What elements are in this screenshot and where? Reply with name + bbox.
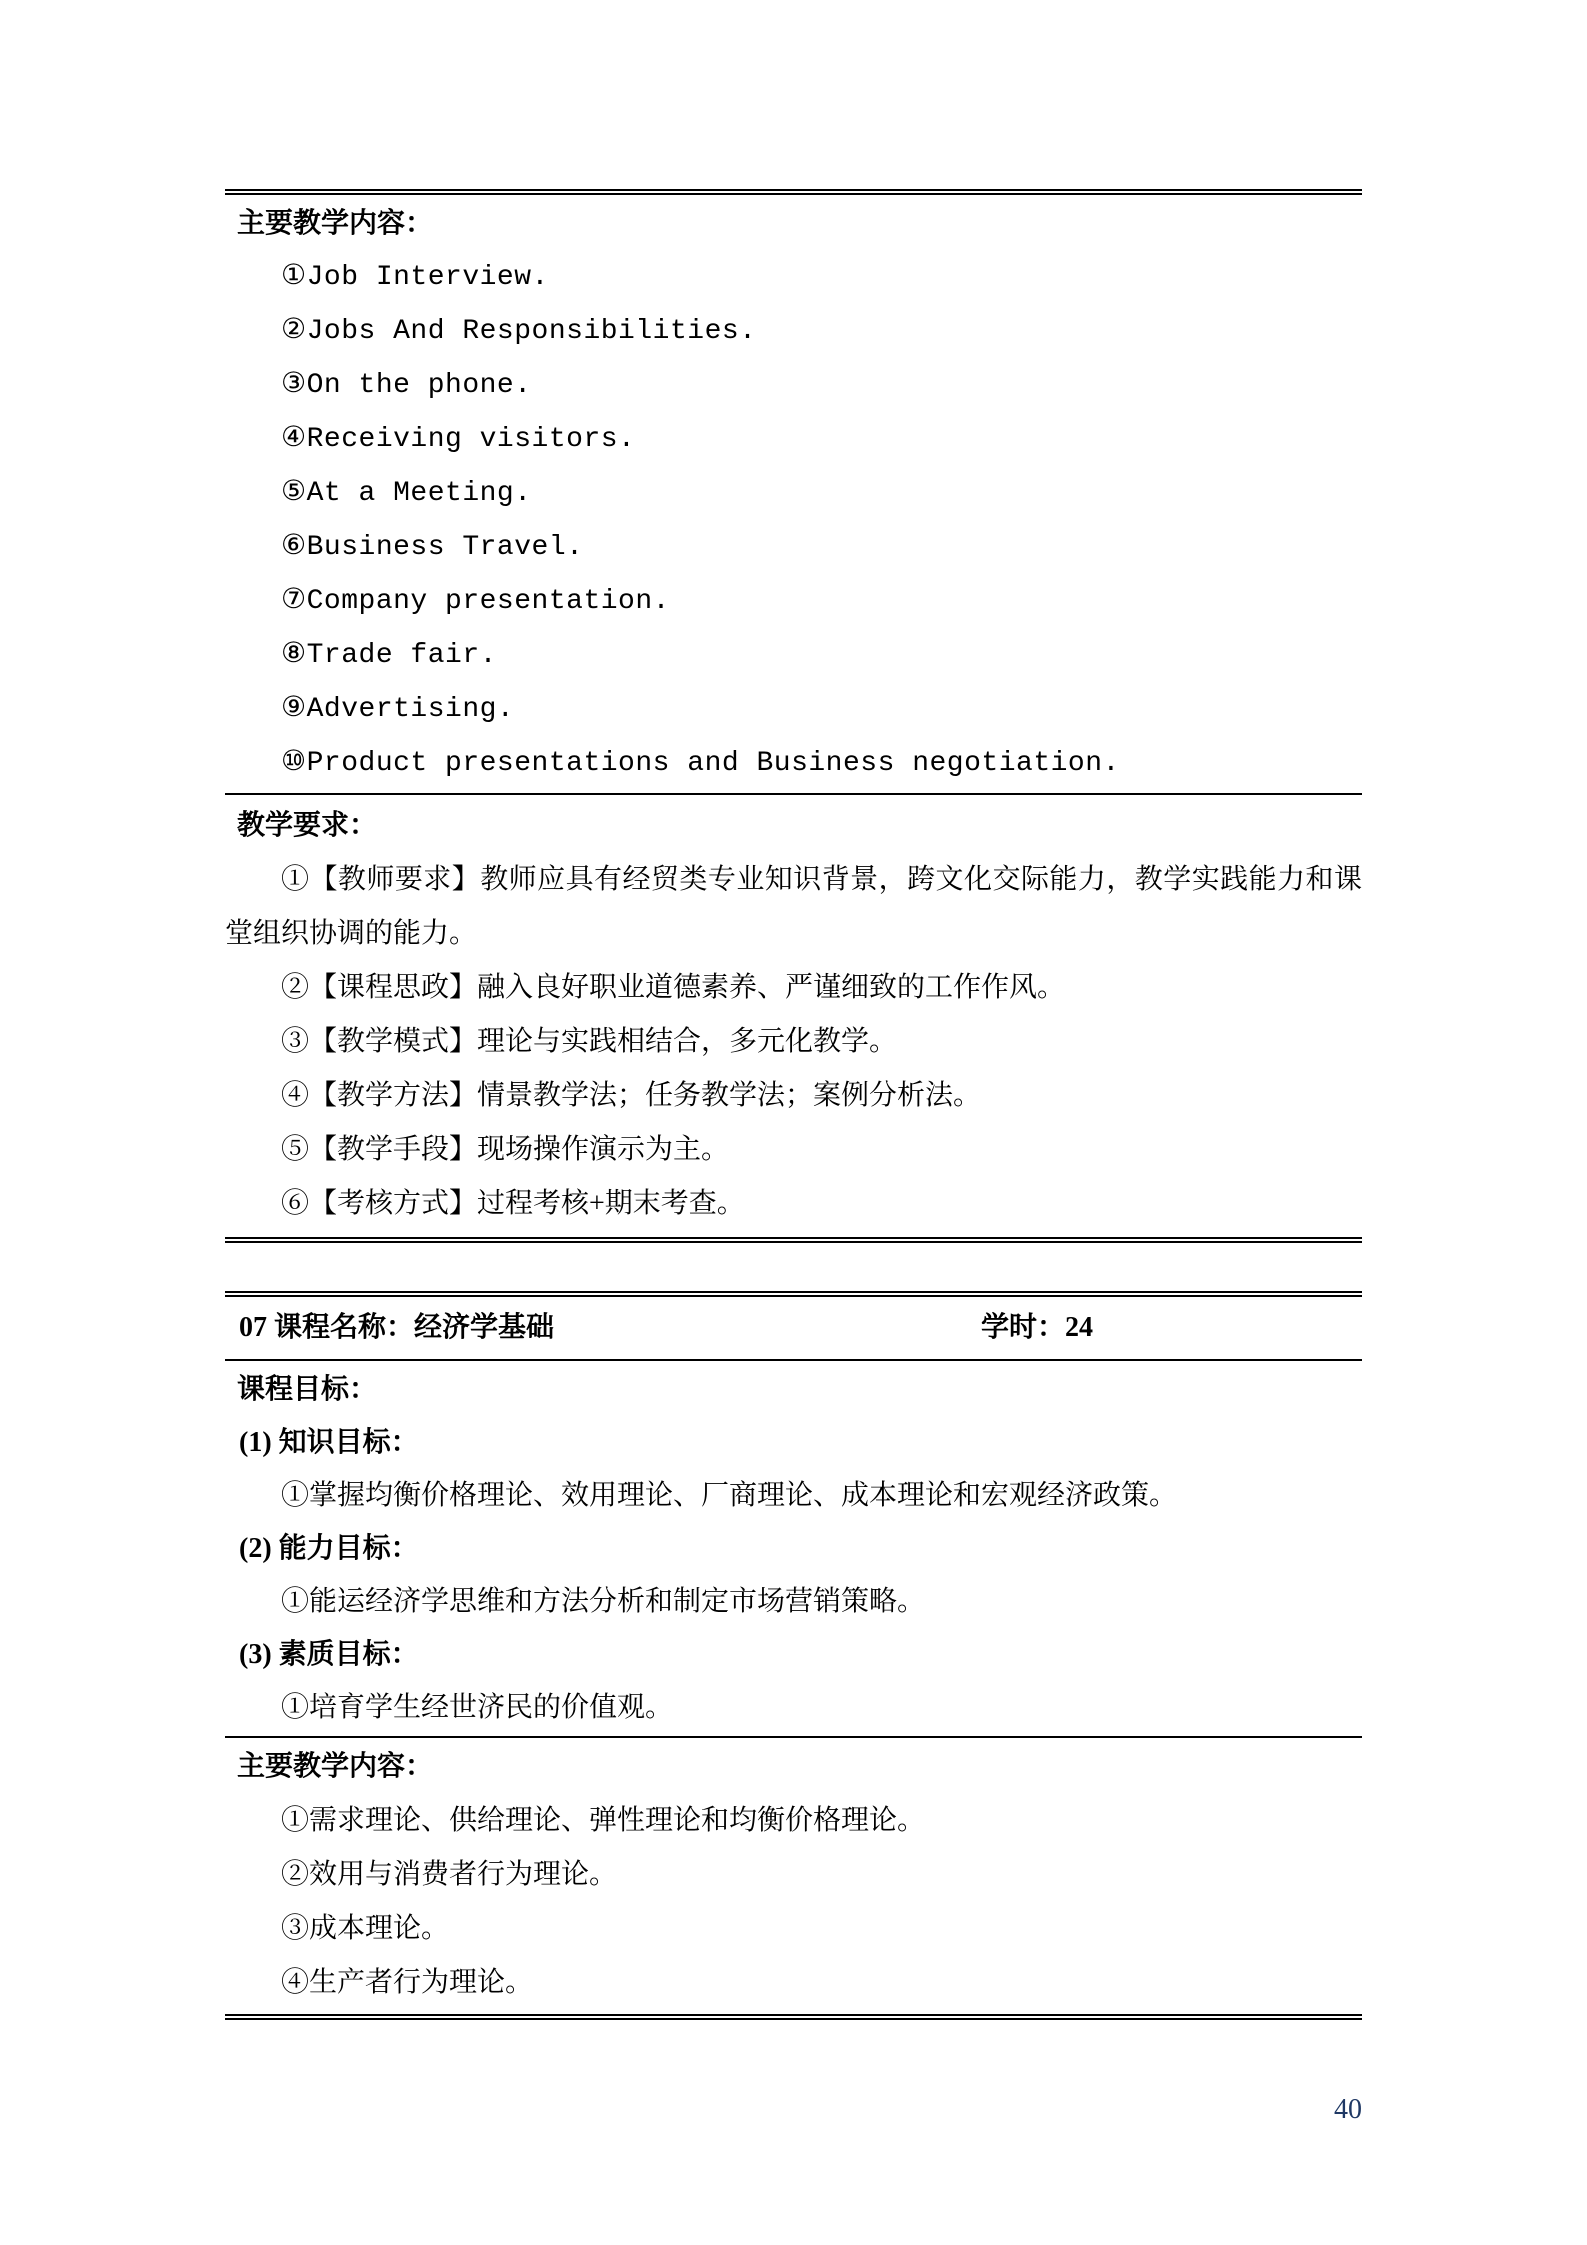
course-hours-label: 学时：24 (981, 1297, 1093, 1359)
objective-group-label: (1) 知识目标： (225, 1416, 1362, 1469)
section-heading-teaching-content: 主要教学内容： (225, 197, 1362, 251)
teaching-requirements-section: 教学要求： ①【教师要求】教师应具有经贸类专业知识背景，跨文化交际能力，教学实践… (225, 793, 1362, 1243)
list-item: ⑧Trade fair. (225, 629, 1362, 683)
list-item: ①Job Interview. (225, 251, 1362, 305)
list-item: ①【教师要求】教师应具有经贸类专业知识背景，跨文化交际能力，教学实践能力和课堂组… (225, 853, 1362, 961)
list-item: ⑩Product presentations and Business nego… (225, 737, 1362, 791)
list-item: ④Receiving visitors. (225, 413, 1362, 467)
document-page: { "table1": { "teaching_content": { "hea… (0, 0, 1587, 2245)
section-heading-teaching-content: 主要教学内容： (225, 1740, 1362, 1794)
list-item: ④【教学方法】情景教学法；任务教学法；案例分析法。 (225, 1069, 1362, 1123)
list-item: ①掌握均衡价格理论、效用理论、厂商理论、成本理论和宏观经济政策。 (225, 1469, 1362, 1522)
course-objectives-section: 课程目标： (1) 知识目标： ①掌握均衡价格理论、效用理论、厂商理论、成本理论… (225, 1361, 1362, 1738)
objective-group-label: (2) 能力目标： (225, 1522, 1362, 1575)
list-item: ①需求理论、供给理论、弹性理论和均衡价格理论。 (225, 1794, 1362, 1848)
list-item: ④生产者行为理论。 (225, 1956, 1362, 2010)
list-item: ⑦Company presentation. (225, 575, 1362, 629)
list-item: ②效用与消费者行为理论。 (225, 1848, 1362, 1902)
page-number: 40 (1334, 2094, 1362, 2126)
course-07-table: 07 课程名称：经济学基础 学时：24 课程目标： (1) 知识目标： ①掌握均… (225, 1291, 1362, 2020)
list-item: ①能运经济学思维和方法分析和制定市场营销策略。 (225, 1575, 1362, 1628)
page-content: 主要教学内容： ①Job Interview. ②Jobs And Respon… (225, 0, 1362, 2020)
course-teaching-content-section: 主要教学内容： ①需求理论、供给理论、弹性理论和均衡价格理论。 ②效用与消费者行… (225, 1738, 1362, 2020)
list-item: ③成本理论。 (225, 1902, 1362, 1956)
list-item: ⑥Business Travel. (225, 521, 1362, 575)
list-item: ②Jobs And Responsibilities. (225, 305, 1362, 359)
list-item: ③On the phone. (225, 359, 1362, 413)
list-item: ①培育学生经世济民的价值观。 (225, 1681, 1362, 1734)
list-item: ③【教学模式】理论与实践相结合，多元化教学。 (225, 1015, 1362, 1069)
objective-group-label: (3) 素质目标： (225, 1628, 1362, 1681)
list-item: ⑤At a Meeting. (225, 467, 1362, 521)
list-item: ⑨Advertising. (225, 683, 1362, 737)
list-item: ②【课程思政】融入良好职业道德素养、严谨细致的工作作风。 (225, 961, 1362, 1015)
teaching-content-section: 主要教学内容： ①Job Interview. ②Jobs And Respon… (225, 189, 1362, 793)
section-heading-teaching-requirements: 教学要求： (225, 799, 1362, 853)
section-heading-course-objectives: 课程目标： (225, 1363, 1362, 1416)
course-name-label: 07 课程名称：经济学基础 (239, 1297, 554, 1359)
list-item: ⑤【教学手段】现场操作演示为主。 (225, 1123, 1362, 1177)
list-item: ⑥【考核方式】过程考核+期末考查。 (225, 1177, 1362, 1231)
course-header-row: 07 课程名称：经济学基础 学时：24 (225, 1291, 1362, 1361)
